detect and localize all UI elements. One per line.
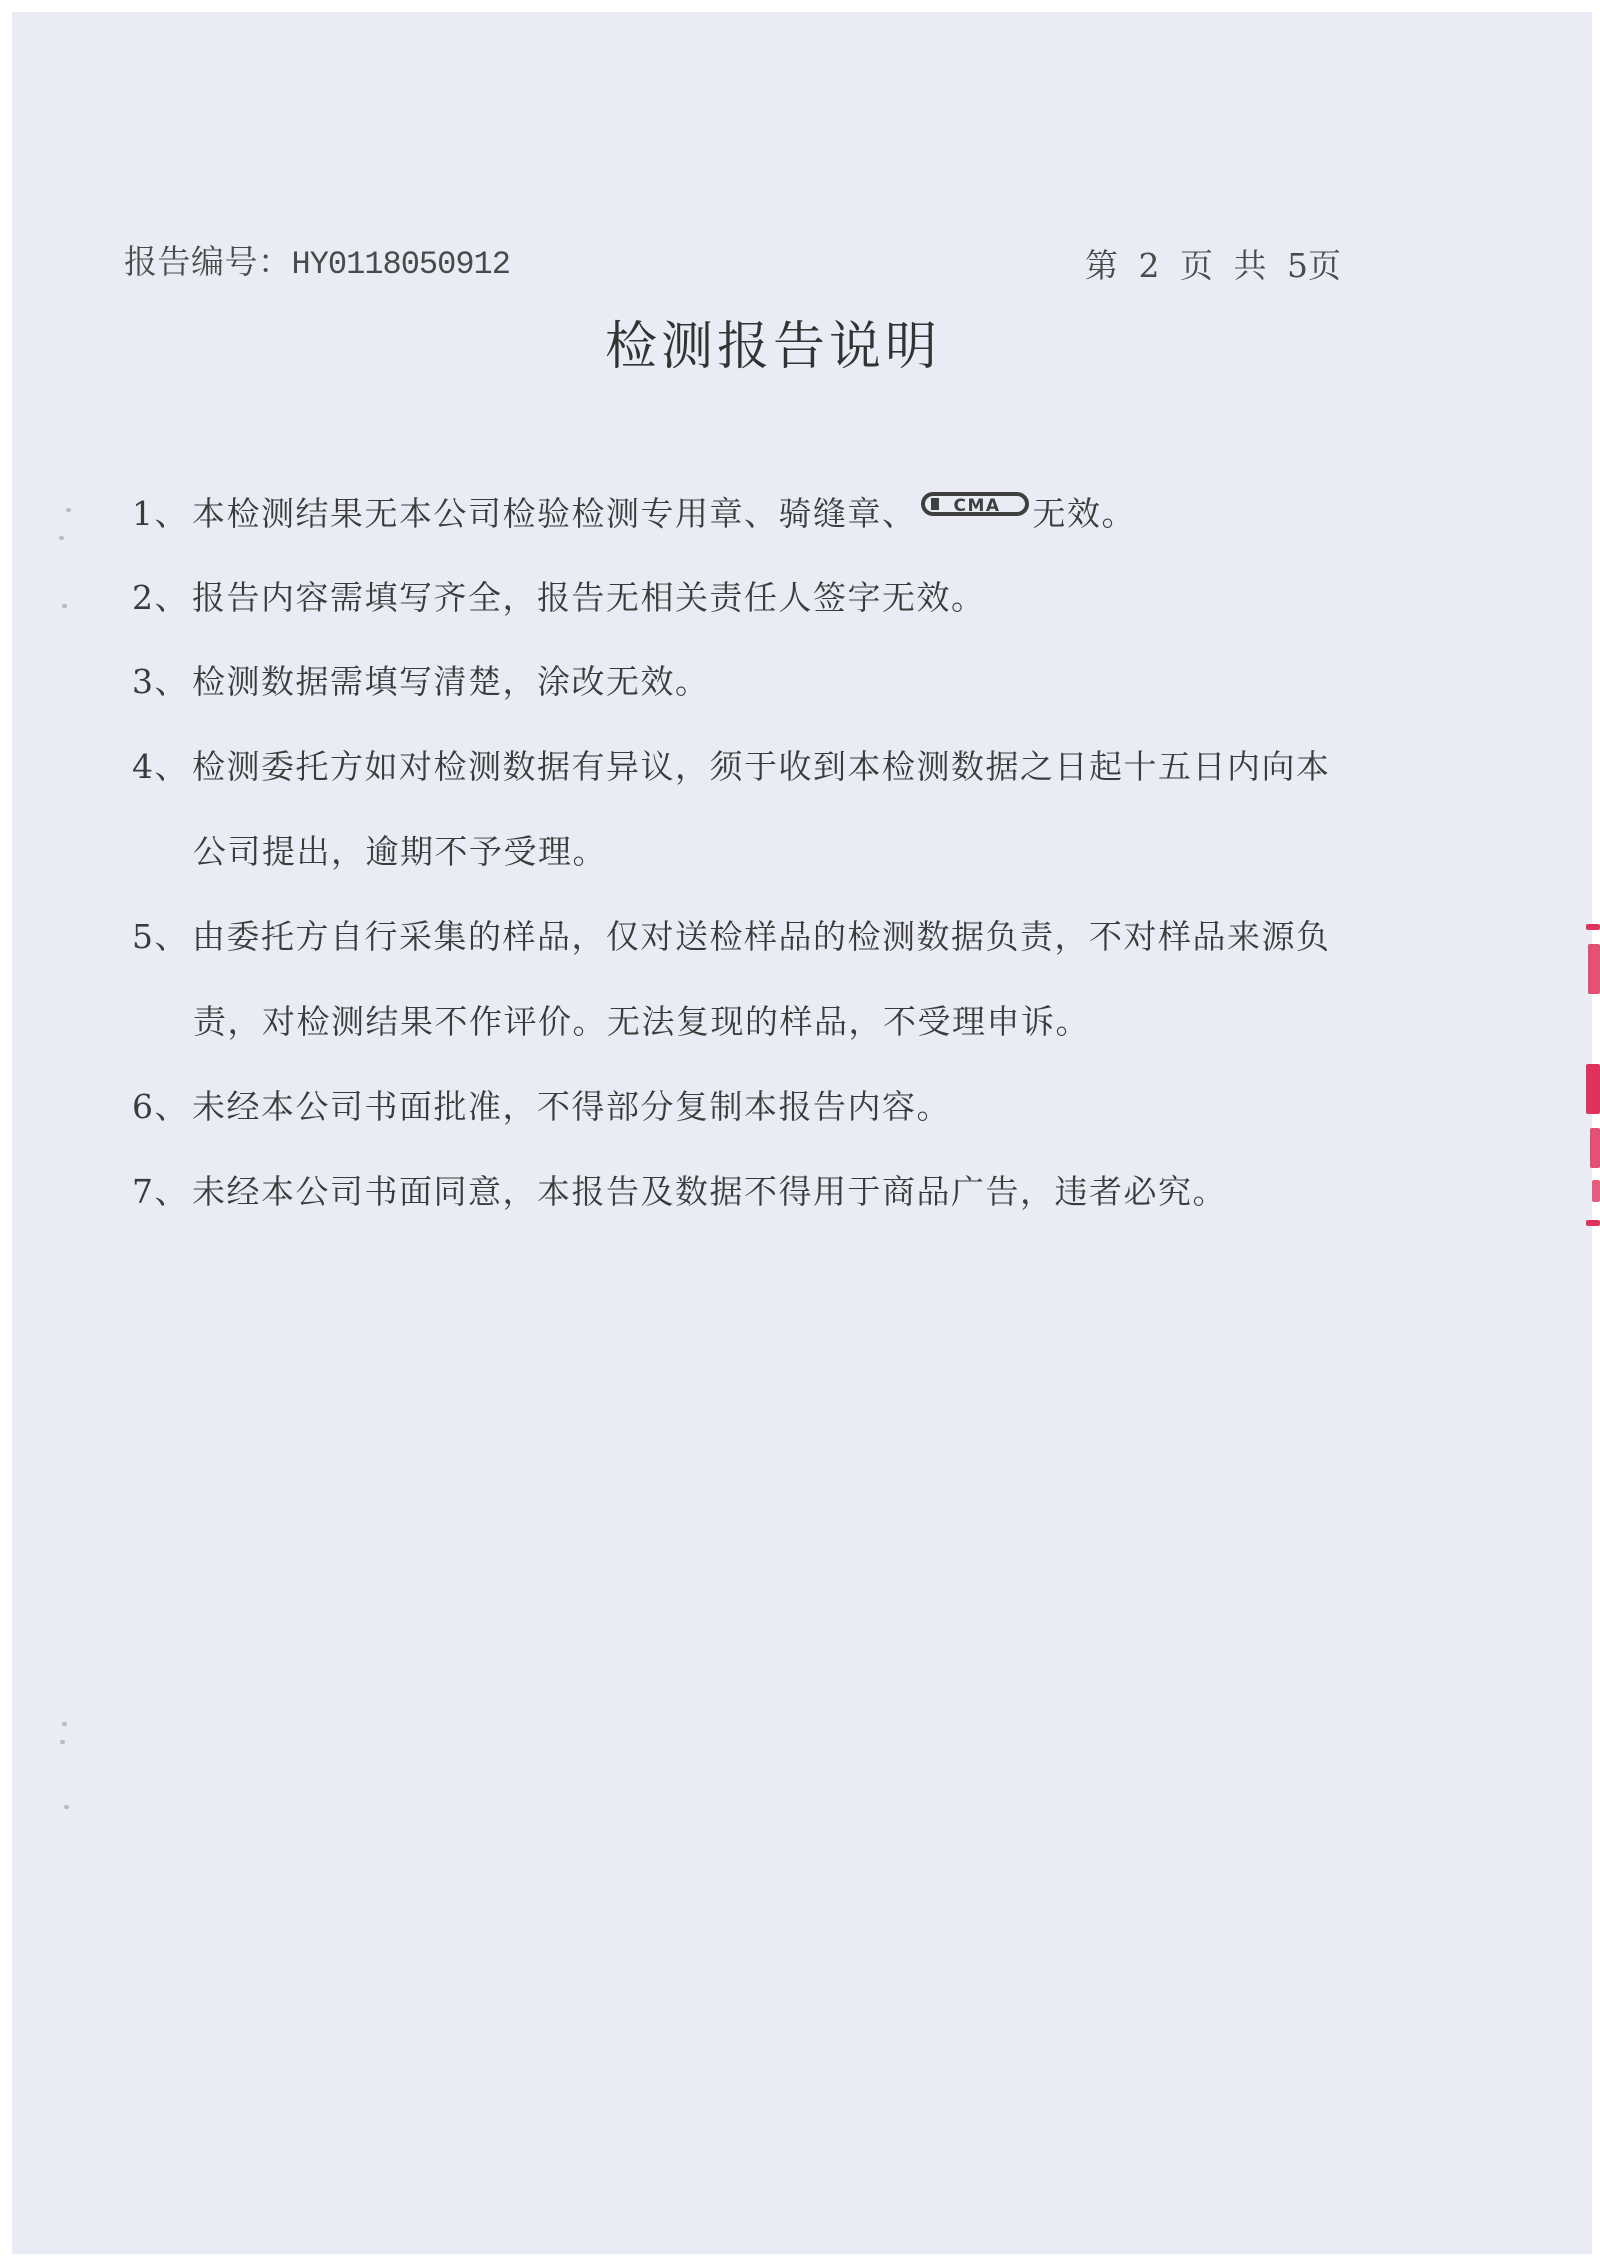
- seal-segment: [1586, 924, 1600, 930]
- seal-segment: [1590, 1128, 1600, 1168]
- list-item-7: 7、未经本公司书面同意，本报告及数据不得用于商品广告，违者必究。: [132, 1166, 1227, 1213]
- item-number: 5、: [132, 911, 192, 958]
- report-number-label: 报告编号：: [124, 242, 292, 281]
- item-number: 6、: [132, 1081, 192, 1128]
- list-item-5-continuation: 责，对检测结果不作评价。无法复现的样品，不受理申诉。: [193, 996, 1090, 1043]
- cma-logo-icon: CMA: [921, 491, 1029, 517]
- svg-text:CMA: CMA: [953, 496, 1000, 516]
- seal-segment: [1586, 1220, 1600, 1226]
- binding-mark: [64, 1805, 69, 1809]
- binding-mark: [60, 1740, 65, 1744]
- item-text: 未经本公司书面批准，不得部分复制本报告内容。: [192, 1087, 951, 1126]
- seal-segment: [1588, 944, 1600, 994]
- binding-mark: [62, 1722, 67, 1726]
- item-text: 报告内容需填写齐全，报告无相关责任人签字无效。: [192, 578, 986, 617]
- seal-segment: [1586, 1064, 1600, 1114]
- binding-mark: [59, 536, 64, 540]
- list-item-3: 3、检测数据需填写清楚，涂改无效。: [132, 656, 710, 703]
- list-item-1: 1、本检测结果无本公司检验检测专用章、骑缝章、 CMA 无效。: [132, 488, 1136, 535]
- item-number: 7、: [132, 1166, 192, 1213]
- list-item-4: 4、检测委托方如对检测数据有异议，须于收到本检测数据之日起十五日内向本: [132, 741, 1331, 788]
- item-text: 未经本公司书面同意，本报告及数据不得用于商品广告，违者必究。: [192, 1172, 1227, 1211]
- report-number: 报告编号：HY0118050912: [124, 236, 510, 283]
- item-text: 由委托方自行采集的样品，仅对送检样品的检测数据负责，不对样品来源负: [192, 917, 1331, 956]
- list-item-6: 6、未经本公司书面批准，不得部分复制本报告内容。: [132, 1081, 951, 1128]
- binding-mark: [66, 508, 71, 512]
- item-text: 检测数据需填写清楚，涂改无效。: [192, 662, 710, 701]
- list-item-4-continuation: 公司提出，逾期不予受理。: [193, 826, 607, 873]
- page-title: 检测报告说明: [605, 304, 941, 379]
- item-number: 2、: [132, 572, 192, 619]
- item-number: 3、: [132, 656, 192, 703]
- item-text: 检测委托方如对检测数据有异议，须于收到本检测数据之日起十五日内向本: [192, 747, 1331, 786]
- item-number: 4、: [132, 741, 192, 788]
- report-number-value: HY0118050912: [292, 246, 510, 283]
- binding-mark: [62, 604, 67, 608]
- item-text-suffix: 无效。: [1033, 494, 1137, 533]
- page-indicator: 第 2 页 共 5页: [1085, 240, 1341, 287]
- seal-segment: [1592, 1180, 1600, 1202]
- list-item-5: 5、由委托方自行采集的样品，仅对送检样品的检测数据负责，不对样品来源负: [132, 911, 1331, 958]
- item-text: 本检测结果无本公司检验检测专用章、骑缝章、: [192, 494, 917, 533]
- item-number: 1、: [132, 488, 192, 535]
- list-item-2: 2、报告内容需填写齐全，报告无相关责任人签字无效。: [132, 572, 986, 619]
